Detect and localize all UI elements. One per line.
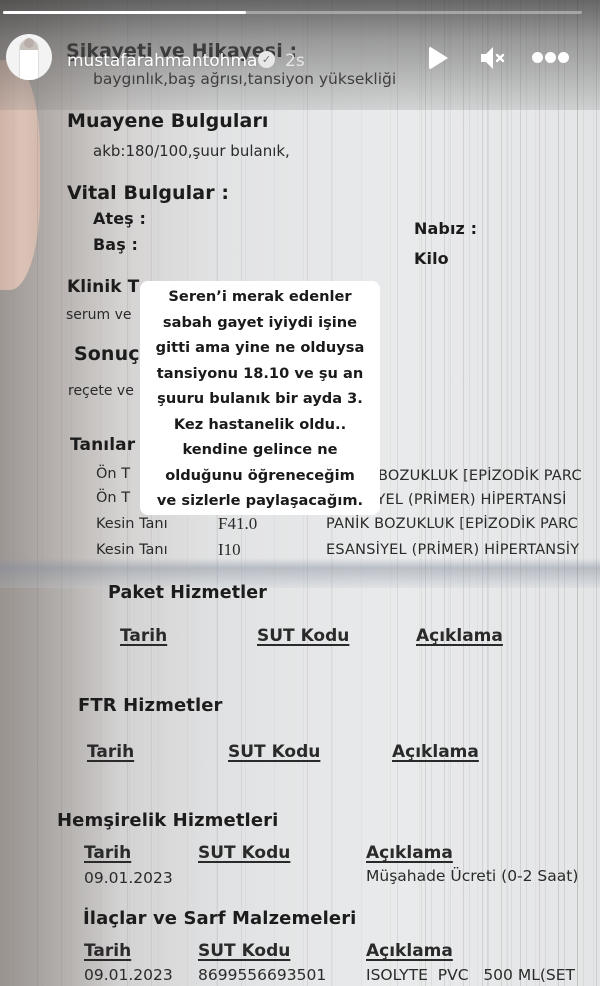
drug-desc: ISOLYTE PVC 500 ML(SET (366, 966, 575, 984)
username-link[interactable]: mustafarahmantohma (67, 51, 257, 71)
head-label: Baş : (93, 235, 138, 254)
diagnosis-desc: PANİK BOZUKLUK [EPİZODİK PARC (326, 516, 578, 532)
diagnoses-heading: Tanılar (70, 435, 135, 455)
result-text: reçete ve (68, 383, 134, 399)
diagnosis-type: Ön T (96, 490, 130, 506)
column-header: Açıklama (366, 941, 453, 961)
result-heading: Sonuç (74, 343, 140, 365)
play-icon[interactable] (429, 46, 448, 70)
column-header: SUT Kodu (198, 843, 290, 863)
story-progress-bar (3, 11, 582, 14)
pulse-label: Nabız : (414, 219, 477, 238)
column-header: SUT Kodu (257, 626, 349, 646)
clinical-heading: Klinik T (67, 277, 139, 297)
paper-fold (0, 558, 600, 588)
caption-line: olduğunu öğreneceğim (140, 463, 380, 489)
complaint-text: baygınlık,baş ağrısı,tansiyon yüksekliği (93, 70, 396, 88)
caption-line: gitti ama yine ne olduysa (140, 335, 380, 361)
exam-heading: Muayene Bulguları (67, 110, 269, 132)
drug-sut-code: 8699556693501 (198, 966, 326, 984)
caption-line: sabah gayet iyiydi işine (140, 310, 380, 336)
nursing-services-heading: Hemşirelik Hizmetleri (57, 810, 278, 831)
column-header: Tarih (84, 941, 131, 961)
weight-label: Kilo (414, 249, 449, 268)
caption-line: ve sizlerle paylaşacağım. (140, 488, 380, 514)
caption-line: tansiyonu 18.10 ve şu an (140, 361, 380, 387)
column-header: Açıklama (392, 742, 479, 762)
story-viewer[interactable]: Şikayeti ve Hikayesi : baygınlık,baş ağr… (0, 0, 600, 986)
clinical-text: serum ve (66, 307, 132, 323)
caption-line: şuuru bulanık bir ayda 3. (140, 386, 380, 412)
caption-lines: Seren’i merak edenlersabah gayet iyiydi … (140, 281, 380, 514)
diagnosis-desc: BOZUKLUK [EPİZODİK PARC (378, 468, 582, 484)
vitals-heading: Vital Bulgular : (67, 182, 229, 204)
drugs-heading: İlaçlar ve Sarf Malzemeleri (83, 908, 356, 929)
ellipsis-icon[interactable] (532, 52, 568, 64)
ftr-services-heading: FTR Hizmetler (78, 695, 223, 716)
story-progress-fill (3, 11, 246, 14)
caption-line: Seren’i merak edenler (140, 281, 380, 310)
column-header: Açıklama (366, 843, 453, 863)
diagnosis-type: Ön T (96, 466, 130, 482)
package-services-heading: Paket Hizmetler (108, 583, 267, 603)
column-header: Tarih (120, 626, 167, 646)
diagnosis-code: F41.0 (218, 514, 257, 534)
column-header: SUT Kodu (198, 941, 290, 961)
diagnosis-type: Kesin Tanı (96, 516, 168, 532)
column-header: Tarih (84, 843, 131, 863)
avatar-head (24, 38, 34, 48)
verified-badge-icon: ✓ (258, 51, 275, 68)
nursing-desc: Müşahade Ücreti (0-2 Saat) (366, 867, 578, 885)
fever-label: Ateş : (93, 209, 146, 228)
column-header: Tarih (87, 742, 134, 762)
avatar[interactable] (6, 34, 52, 80)
finger (0, 60, 40, 290)
nursing-date: 09.01.2023 (84, 869, 173, 887)
caption-line: Kez hastanelik oldu.. (140, 412, 380, 438)
diagnosis-type: Kesin Tanı (96, 542, 168, 558)
drug-date: 09.01.2023 (84, 966, 173, 984)
caption-line: kendine gelince ne (140, 437, 380, 463)
diagnosis-desc: ESANSİYEL (PRİMER) HİPERTANSİY (326, 542, 579, 558)
post-time: 2s (285, 51, 305, 71)
diagnosis-code: I10 (218, 540, 241, 560)
exam-text: akb:180/100,şuur bulanık, (93, 142, 290, 160)
column-header: SUT Kodu (228, 742, 320, 762)
column-header: Açıklama (416, 626, 503, 646)
diagnosis-desc: İYEL (PRİMER) HİPERTANSİ (372, 492, 567, 508)
story-caption: Seren’i merak edenlersabah gayet iyiydi … (140, 281, 380, 514)
speaker-muted-icon[interactable] (480, 46, 506, 70)
